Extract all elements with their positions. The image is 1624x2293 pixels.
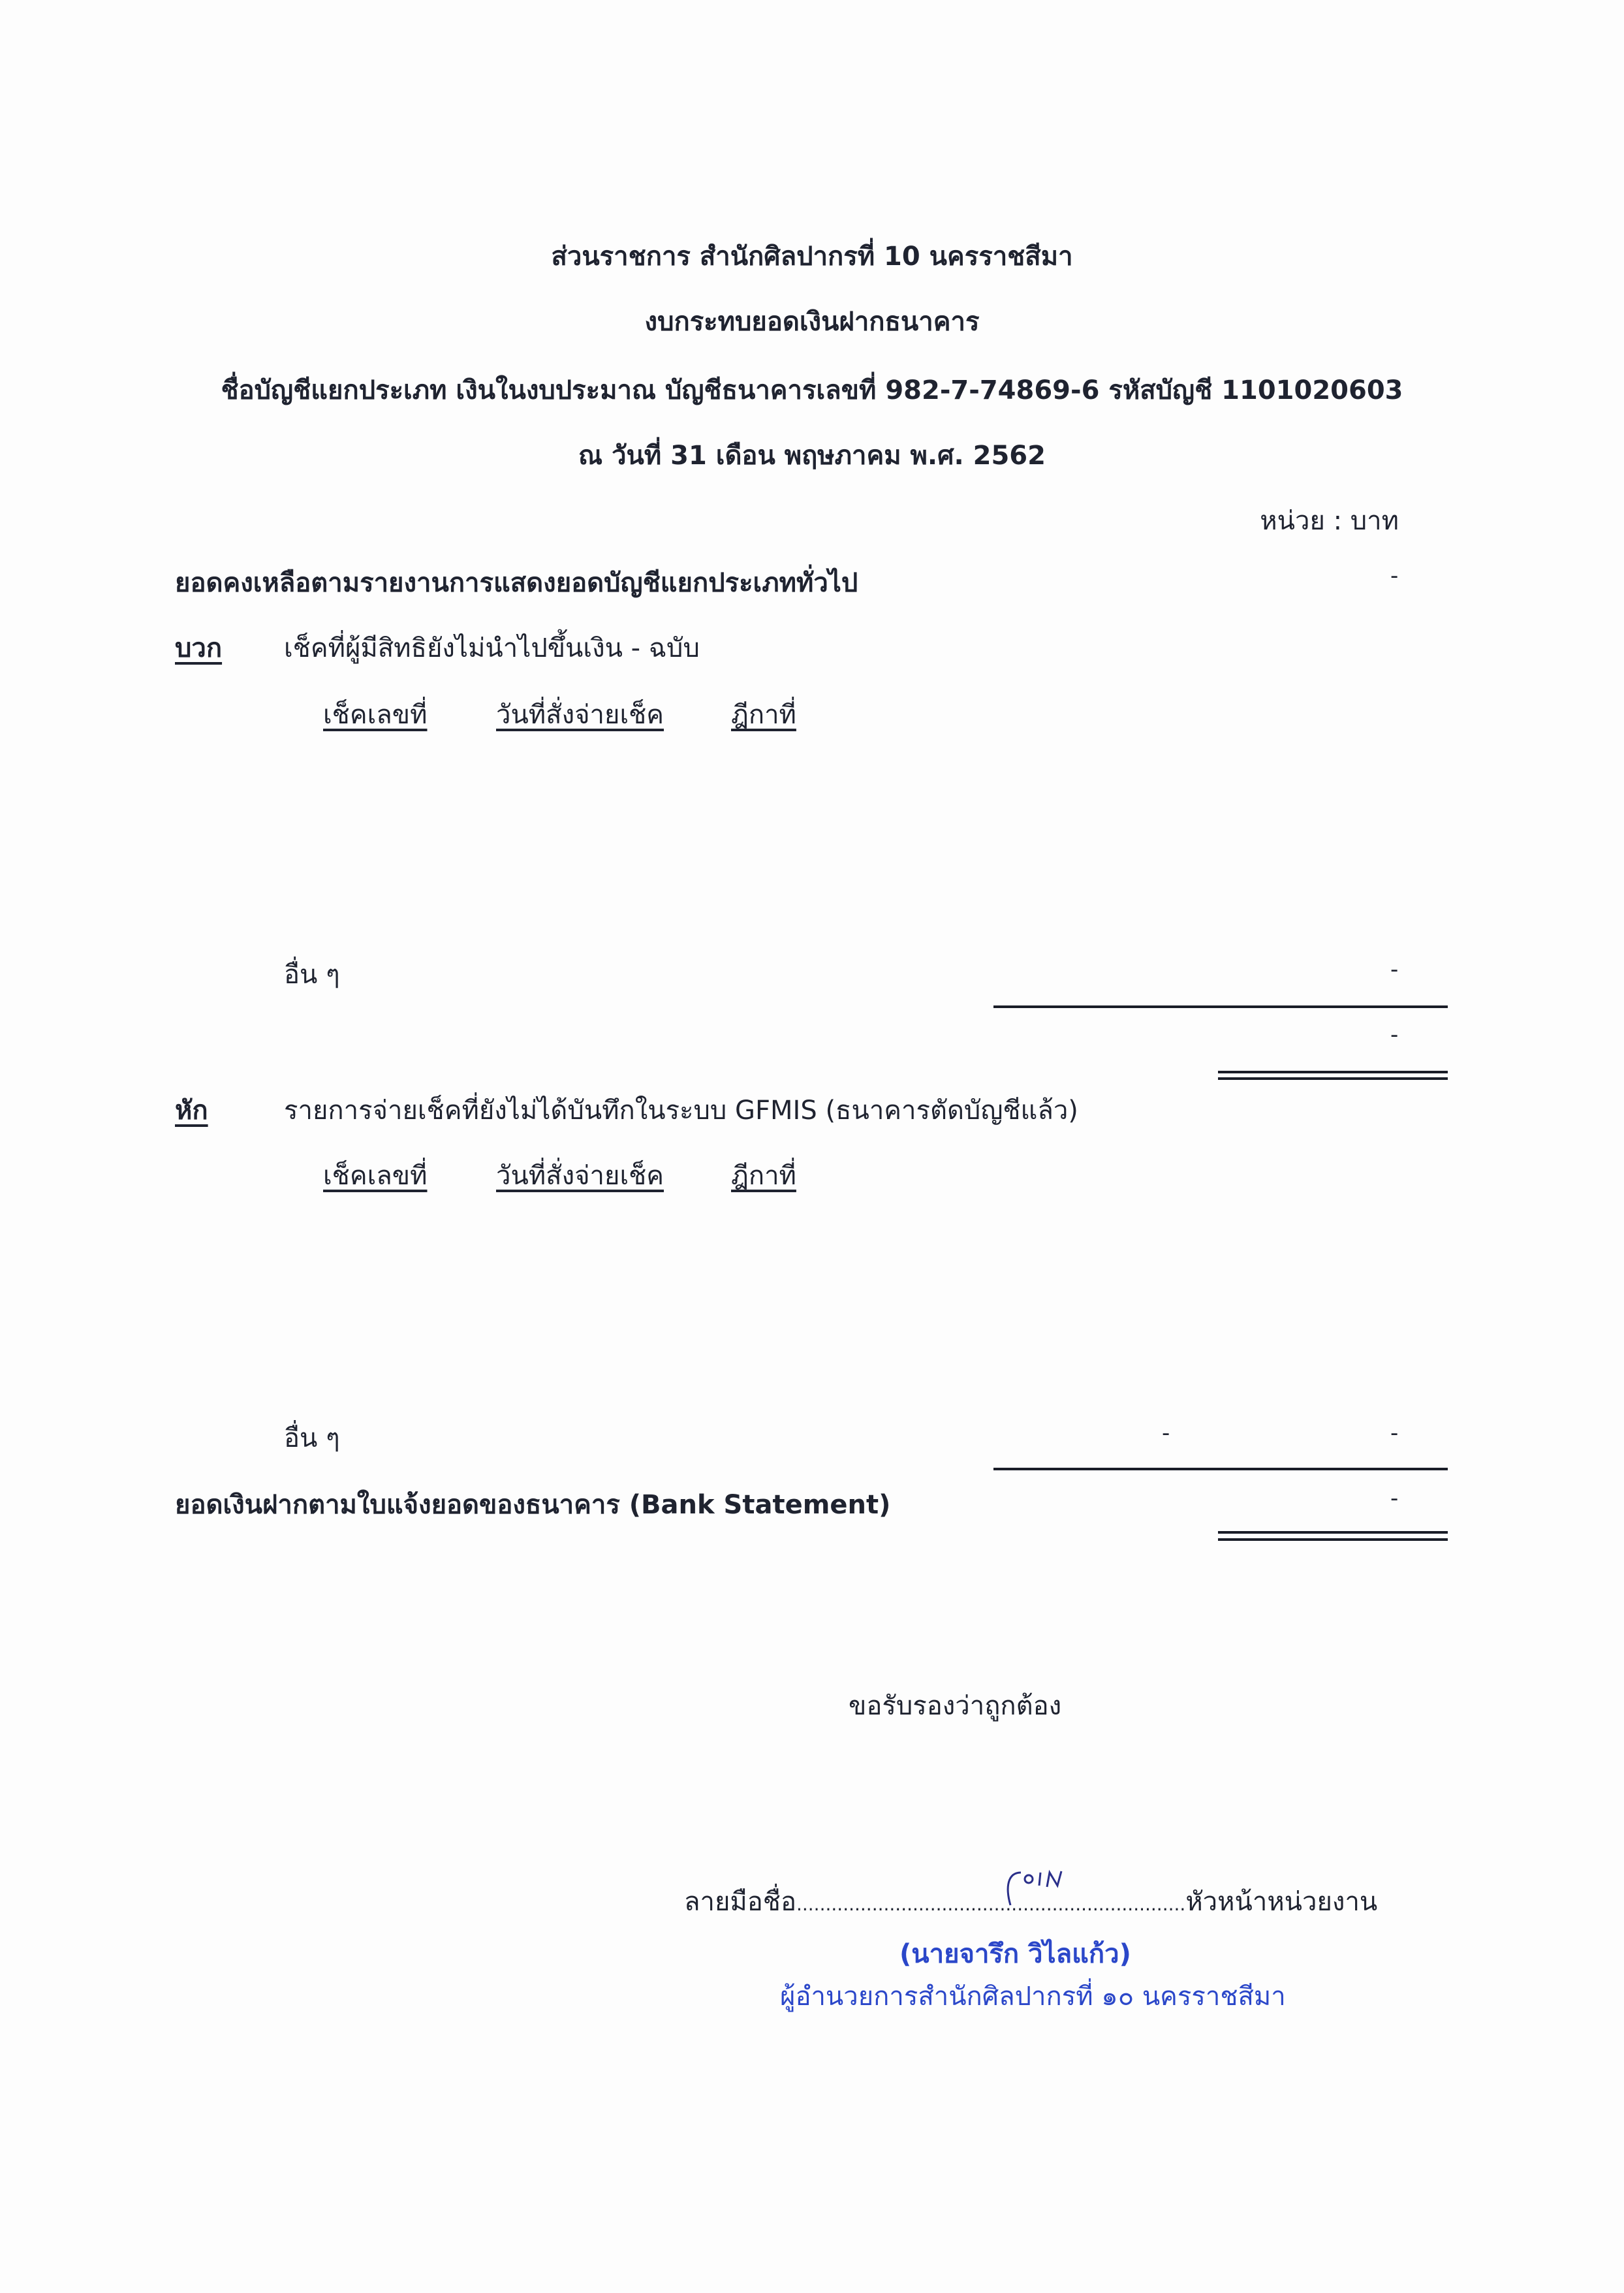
- deduct-label: หัก: [175, 1089, 208, 1131]
- signature-dots: ........................................…: [796, 1893, 1185, 1915]
- deduct-col-voucher-no: ฎีกาที่: [731, 1154, 796, 1196]
- certify-text: ขอรับรองว่าถูกต้อง: [849, 1684, 1061, 1726]
- gl-balance-value: -: [1390, 563, 1398, 589]
- signer-title: ผู้อำนวยการสำนักศิลปากรที่ ๑๐ นครราชสีมา: [780, 1975, 1286, 2017]
- agency-name: ส่วนราชการ สำนักศิลปากรที่ 10 นครราชสีมา: [0, 235, 1624, 277]
- add-col-voucher-no: ฎีกาที่: [731, 693, 796, 735]
- add-col-check-date: วันที่สั่งจ่ายเช็ค: [496, 693, 664, 735]
- handwritten-signature: [999, 1867, 1070, 1906]
- signer-name: (นายจารึก วิไลแก้ว): [899, 1933, 1131, 1974]
- signature-suffix: หัวหน้าหน่วยงาน: [1185, 1887, 1377, 1917]
- add-label: บวก: [175, 627, 222, 669]
- add-col-check-no: เช็คเลขที่: [323, 693, 427, 735]
- deduct-col-check-no: เช็คเลขที่: [323, 1154, 427, 1196]
- add-others-label: อื่น ๆ: [284, 953, 340, 995]
- date-line: ณ วันที่ 31 เดือน พฤษภาคม พ.ศ. 2562: [0, 434, 1624, 476]
- account-line: ชื่อบัญชีแยกประเภท เงินในงบประมาณ บัญชีธ…: [0, 369, 1624, 411]
- deduct-rule: [993, 1468, 1448, 1470]
- double-rule-top: [1218, 1071, 1448, 1073]
- add-description: เช็คที่ผู้มีสิทธิยังไม่นำไปขึ้นเงิน - ฉบ…: [284, 627, 700, 669]
- bank-statement-label: ยอดเงินฝากตามใบแจ้งยอดของธนาคาร (Bank St…: [175, 1483, 890, 1525]
- subtotal-rule: [993, 1005, 1448, 1008]
- unit-label: หน่วย : บาท: [1260, 499, 1399, 541]
- deduct-col-check-date: วันที่สั่งจ่ายเช็ค: [496, 1154, 664, 1196]
- deduct-description: รายการจ่ายเช็คที่ยังไม่ได้บันทึกในระบบ G…: [284, 1089, 1078, 1131]
- report-title: งบกระทบยอดเงินฝากธนาคาร: [0, 300, 1624, 342]
- signature-prefix: ลายมือชื่อ: [684, 1887, 796, 1917]
- final-double-rule-bottom: [1218, 1538, 1448, 1541]
- deduct-others-label: อื่น ๆ: [284, 1417, 340, 1459]
- deduct-others-value-mid: -: [1162, 1420, 1170, 1446]
- add-subtotal-value: -: [1390, 1022, 1398, 1048]
- add-others-value: -: [1390, 957, 1398, 983]
- double-rule-bottom: [1218, 1077, 1448, 1080]
- deduct-others-value: -: [1390, 1420, 1398, 1446]
- gl-balance-label: ยอดคงเหลือตามรายงานการแสดงยอดบัญชีแยกประ…: [175, 561, 858, 603]
- final-double-rule-top: [1218, 1531, 1448, 1534]
- bank-statement-value: -: [1390, 1485, 1398, 1511]
